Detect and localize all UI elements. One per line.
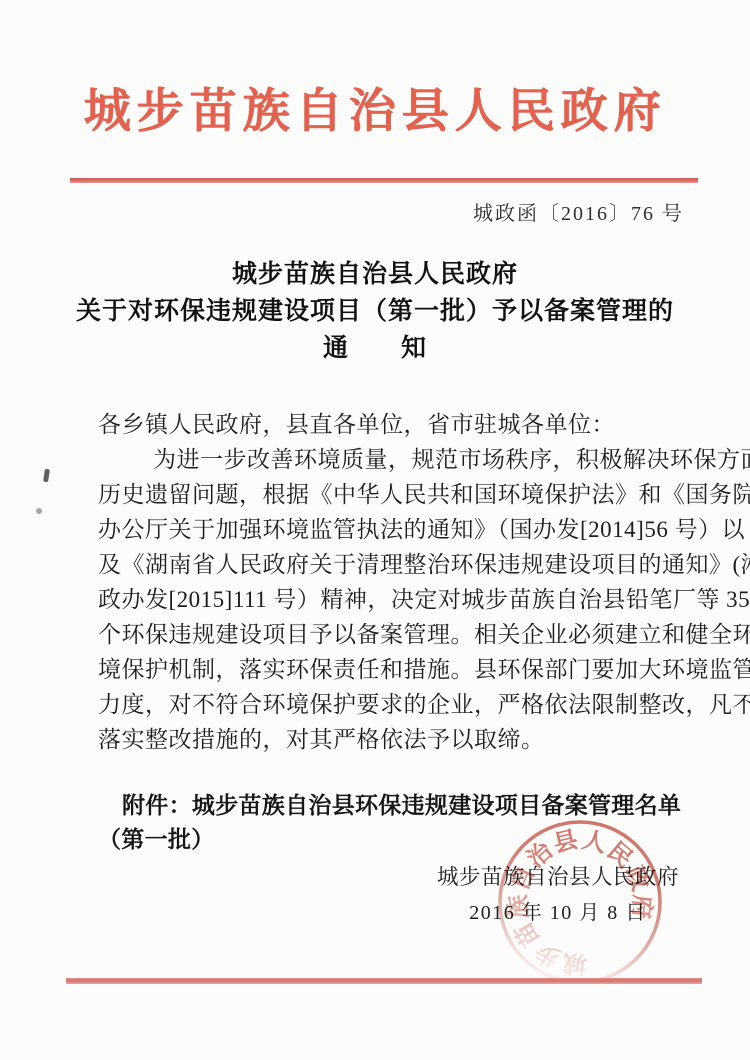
official-seal: 城步苗族自治县人民政府 <box>420 742 740 1060</box>
document-number: 城政函〔2016〕76 号 <box>473 197 684 226</box>
body-paragraph: 为进一步改善环境质量，规范市场秩序，积极解决环保方面 历史遗留问题，根据《中华人… <box>98 442 670 757</box>
body-paragraph-line: 办公厅关于加强环境监管执法的通知》（国办发[2014]56 号）以 <box>98 512 670 547</box>
footer-rule <box>66 978 702 984</box>
document-title-line3: 通 知 <box>0 330 750 367</box>
scan-speck <box>43 469 50 483</box>
body-paragraph-line: 历史遗留问题，根据《中华人民共和国环境保护法》和《国务院 <box>98 477 670 512</box>
svg-text:城: 城 <box>562 949 588 978</box>
body-paragraph-line: 力度，对不符合环境保护要求的企业，严格依法限制整改，凡不 <box>98 687 670 722</box>
salutation: 各乡镇人民政府，县直各单位，省市驻城各单位： <box>98 407 698 442</box>
scanned-official-letter: 城步苗族自治县人民政府 城政函〔2016〕76 号 城步苗族自治县人民政府 关于… <box>0 0 750 1060</box>
body-paragraph-line: 境保护机制，落实环保责任和措施。县环保部门要加大环境监管 <box>98 652 670 687</box>
body-paragraph-line: 个环保违规建设项目予以备案管理。相关企业必须建立和健全环 <box>98 617 670 652</box>
document-title-line1: 城步苗族自治县人民政府 <box>0 256 750 293</box>
body-paragraph-line: 政办发[2015]111 号）精神，决定对城步苗族自治县铅笔厂等 35 <box>98 582 670 617</box>
document-title-line2: 关于对环保违规建设项目（第一批）予以备案管理的 <box>0 293 750 330</box>
seal-text-arc: 城步苗族自治县人民政府 <box>504 826 656 977</box>
letterhead-org-name: 城步苗族自治县人民政府 <box>0 84 750 140</box>
svg-text:府: 府 <box>627 894 657 920</box>
body-paragraph-line: 为进一步改善环境质量，规范市场秩序，积极解决环保方面 <box>98 442 670 477</box>
document-title: 城步苗族自治县人民政府 关于对环保违规建设项目（第一批）予以备案管理的 通 知 <box>0 256 750 367</box>
svg-text:族: 族 <box>504 894 533 920</box>
body-paragraph-line: 及《湖南省人民政府关于清理整治环保违规建设项目的通知》(湘 <box>98 547 670 582</box>
letterhead-separator-rule <box>70 178 698 183</box>
svg-text:县: 县 <box>551 826 581 858</box>
scan-speck <box>36 508 42 514</box>
